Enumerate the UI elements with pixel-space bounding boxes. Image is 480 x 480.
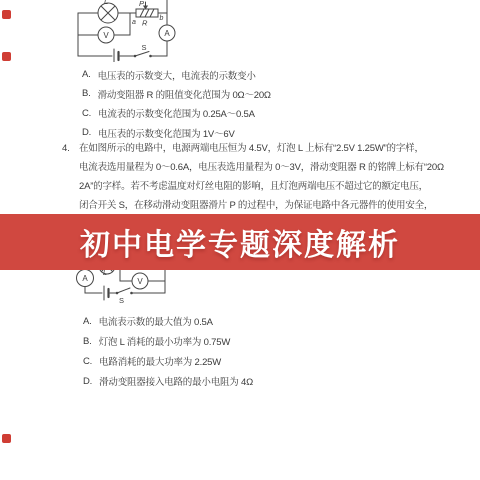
option-row: B. 灯泡 L 消耗的最小功率为 0.75W bbox=[83, 331, 253, 351]
option-text: 电路消耗的最大功率为 2.25W bbox=[99, 354, 221, 368]
lamp-label: L bbox=[103, 270, 107, 277]
red-edge-marker bbox=[2, 52, 11, 61]
voltmeter-label: V bbox=[137, 277, 143, 286]
question-stem: 4.在如图所示的电路中，电源两端电压恒为 4.5V，灯泡 L 上标有“2.5V … bbox=[62, 139, 434, 215]
circuit-diagram-top: L P a R b A V S bbox=[60, 0, 190, 62]
option-text: 灯泡 L 消耗的最小功率为 0.75W bbox=[99, 334, 231, 348]
terminal-b-label: b bbox=[160, 15, 164, 22]
option-row: B. 滑动变阻器 R 的阻值变化范围为 0Ω～20Ω bbox=[82, 84, 271, 103]
option-row: A. 电流表示数的最大值为 0.5A bbox=[83, 311, 253, 331]
ammeter-label: A bbox=[164, 29, 170, 38]
resistor-label: R bbox=[142, 19, 148, 28]
red-edge-marker bbox=[2, 10, 11, 19]
options-list-bottom: A. 电流表示数的最大值为 0.5A B. 灯泡 L 消耗的最小功率为 0.75… bbox=[83, 311, 253, 391]
switch-label: S bbox=[119, 296, 124, 305]
option-row: D. 滑动变阻器接入电路的最小电阻为 4Ω bbox=[83, 371, 253, 391]
question-line: 电流表选用量程为 0～0.6A，电压表选用量程为 0～3V，滑动变阻器 R 的铭… bbox=[62, 158, 434, 177]
question-line: 2A”的字样。若不考虑温度对灯丝电阻的影响，且灯泡两端电压不超过它的额定电压， bbox=[62, 177, 434, 196]
slider-label: P bbox=[139, 0, 144, 8]
ammeter-label: A bbox=[82, 274, 88, 283]
option-text: 滑动变阻器接入电路的最小电阻为 4Ω bbox=[99, 374, 253, 388]
option-letter: D. bbox=[82, 127, 91, 138]
option-letter: C. bbox=[83, 356, 92, 367]
option-text: 电压表的示数变化范围为 1V～6V bbox=[98, 126, 234, 140]
option-letter: B. bbox=[83, 336, 92, 347]
option-row: A. 电压表的示数变大，电流表的示数变小 bbox=[82, 65, 271, 84]
option-text: 电流表的示数变化范围为 0.25A～0.5A bbox=[98, 106, 255, 120]
options-list-top: A. 电压表的示数变大，电流表的示数变小 B. 滑动变阻器 R 的阻值变化范围为… bbox=[82, 65, 271, 142]
voltmeter-label: V bbox=[103, 31, 109, 40]
option-text: 滑动变阻器 R 的阻值变化范围为 0Ω～20Ω bbox=[98, 87, 271, 101]
option-text: 电压表的示数变大，电流表的示数变小 bbox=[98, 68, 256, 82]
lamp-label: L bbox=[104, 0, 108, 6]
question-line: 闭合开关 S，在移动滑动变阻器滑片 P 的过程中，为保证电路中各元器件的使用安全… bbox=[62, 196, 434, 215]
option-text: 电流表示数的最大值为 0.5A bbox=[99, 314, 213, 328]
option-letter: A. bbox=[83, 316, 92, 327]
red-edge-marker bbox=[2, 434, 11, 443]
terminal-a-label: a bbox=[132, 19, 136, 26]
title-banner: 初中电学专题深度解析 bbox=[0, 214, 480, 270]
circuit-wires bbox=[77, 266, 166, 300]
option-row: C. 电流表的示数变化范围为 0.25A～0.5A bbox=[82, 104, 271, 123]
question-line: 4.在如图所示的电路中，电源两端电压恒为 4.5V，灯泡 L 上标有“2.5V … bbox=[62, 139, 434, 158]
switch-label: S bbox=[141, 43, 146, 52]
option-letter: A. bbox=[82, 69, 91, 80]
option-letter: C. bbox=[82, 108, 91, 119]
banner-title-text: 初中电学专题深度解析 bbox=[80, 220, 400, 264]
option-letter: B. bbox=[82, 88, 91, 99]
option-row: C. 电路消耗的最大功率为 2.25W bbox=[83, 351, 253, 371]
question-number: 4. bbox=[62, 139, 79, 158]
circuit-wires bbox=[78, 0, 175, 62]
option-letter: D. bbox=[83, 376, 92, 387]
circuit-diagram-bottom: A V L S bbox=[60, 266, 180, 316]
worksheet-page: L P a R b A V S A. 电压表的示数变大，电流表的示数变小 B. … bbox=[0, 0, 480, 480]
